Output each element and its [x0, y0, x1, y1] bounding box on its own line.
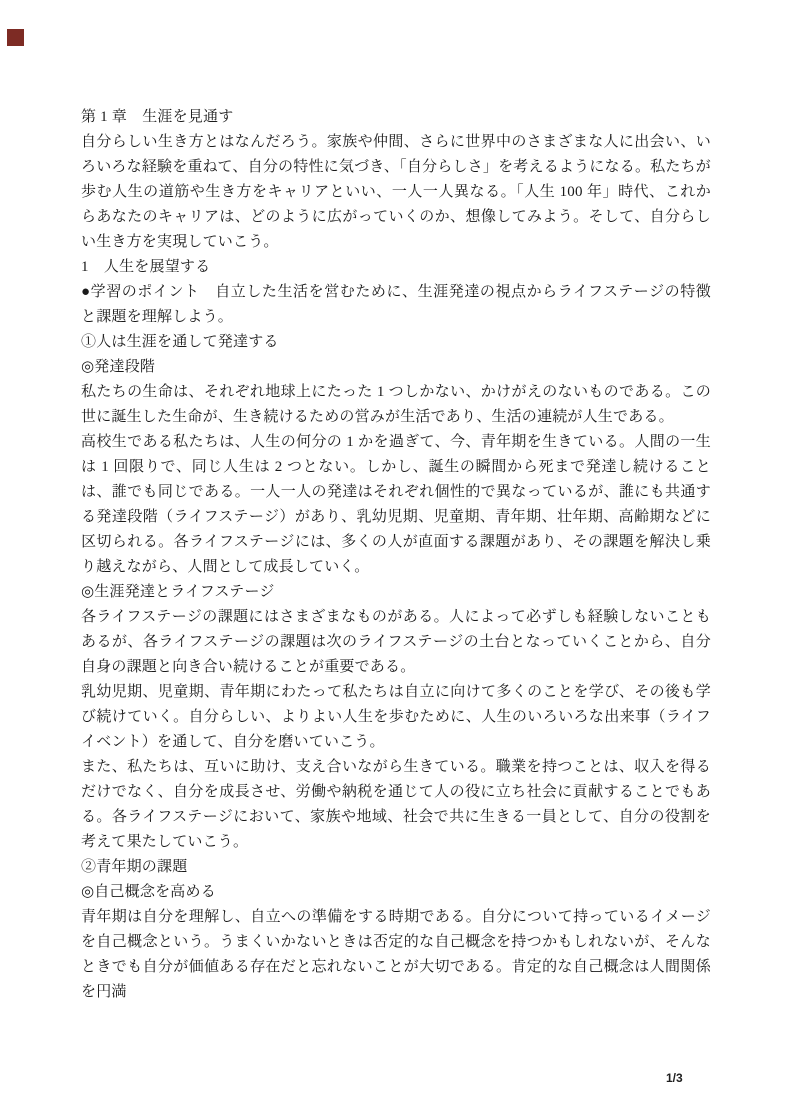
subsection-heading: ②青年期の課題 [81, 855, 711, 880]
paragraph: 乳幼児期、児童期、青年期にわたって私たちは自立に向けて多くのことを学び、その後も… [81, 680, 711, 755]
paragraph: また、私たちは、互いに助け、支え合いながら生きている。職業を持つことは、収入を得… [81, 755, 711, 855]
document-page: 第 1 章 生涯を見通す自分らしい生き方とはなんだろう。家族や仲間、さらに世界中… [0, 0, 790, 1117]
paragraph: 私たちの生命は、それぞれ地球上にたった 1 つしかない、かけがえのないものである… [81, 380, 711, 430]
section-heading: 1 人生を展望する [81, 255, 711, 280]
accent-square [7, 29, 24, 46]
subheading: ◎自己概念を高める [81, 880, 711, 905]
paragraph: 青年期は自分を理解し、自立への準備をする時期である。自分について持っているイメー… [81, 905, 711, 1005]
paragraph: 自分らしい生き方とはなんだろう。家族や仲間、さらに世界中のさまざまな人に出会い、… [81, 130, 711, 255]
paragraph: ●学習のポイント 自立した生活を営むために、生涯発達の視点からライフステージの特… [81, 280, 711, 330]
subheading: ◎生涯発達とライフステージ [81, 580, 711, 605]
document-content: 第 1 章 生涯を見通す自分らしい生き方とはなんだろう。家族や仲間、さらに世界中… [81, 105, 711, 1005]
subsection-heading: ①人は生涯を通して発達する [81, 330, 711, 355]
paragraph: 高校生である私たちは、人生の何分の 1 かを過ぎて、今、青年期を生きている。人間… [81, 430, 711, 580]
subheading: ◎発達段階 [81, 355, 711, 380]
page-number: 1/3 [666, 1071, 683, 1085]
chapter-title: 第 1 章 生涯を見通す [81, 105, 711, 130]
paragraph: 各ライフステージの課題にはさまざまなものがある。人によって必ずしも経験しないこと… [81, 605, 711, 680]
